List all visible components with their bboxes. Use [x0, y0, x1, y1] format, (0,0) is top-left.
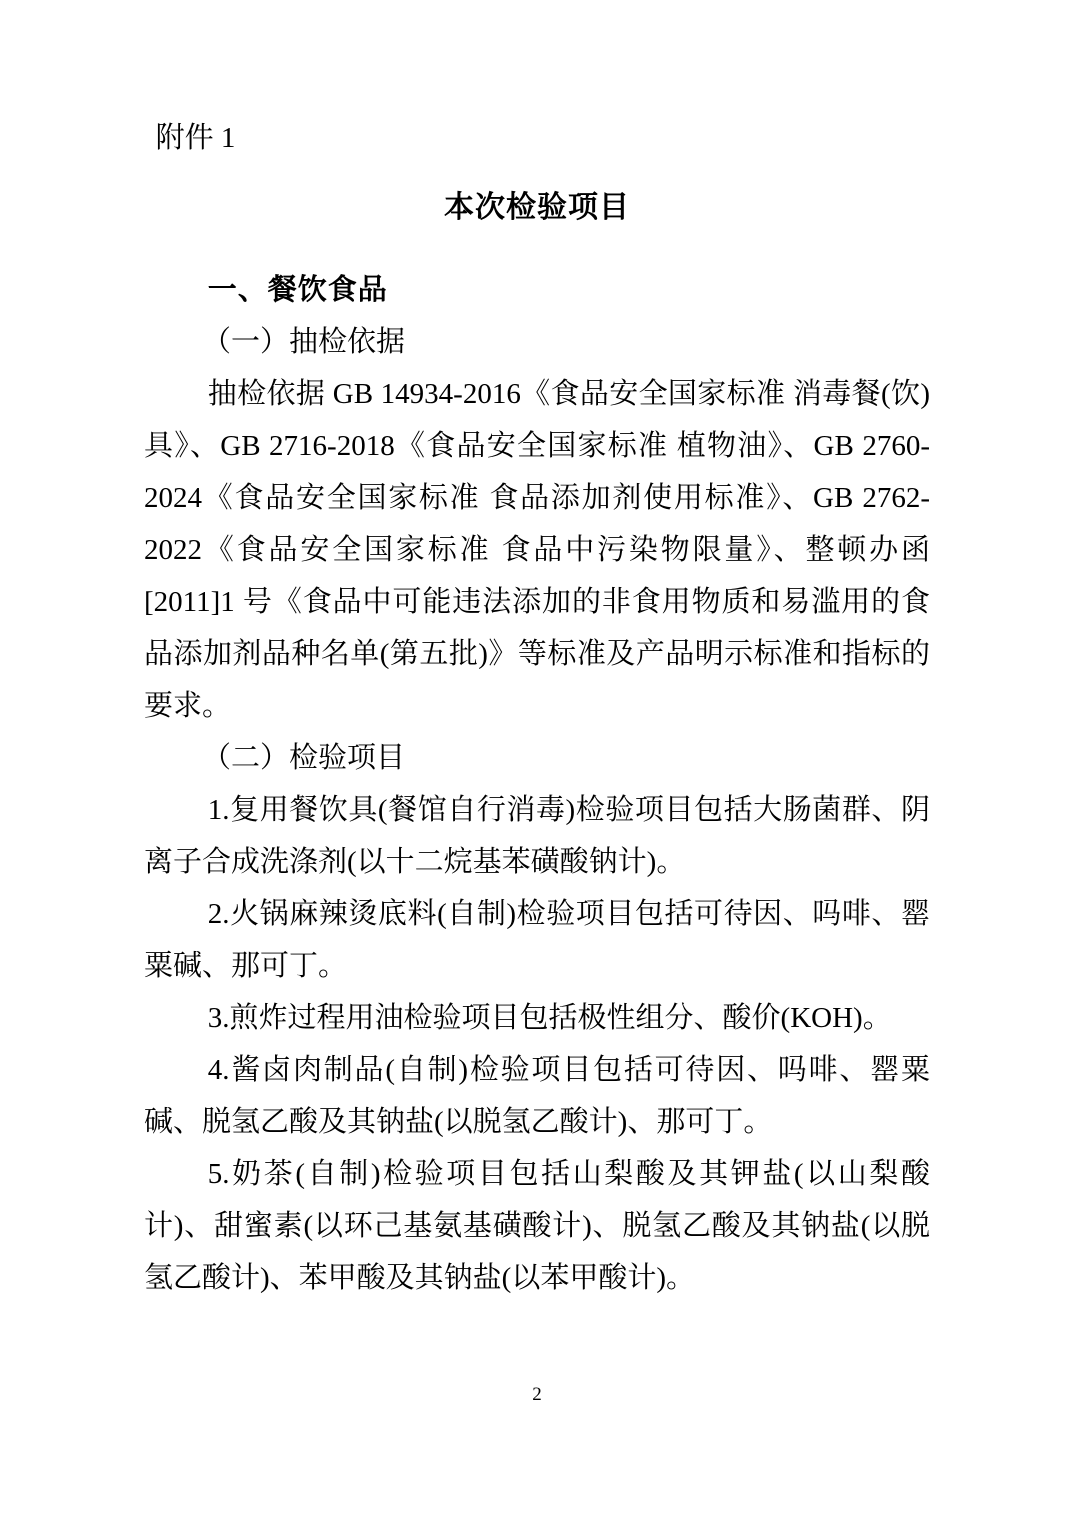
paragraph-item-5: 5.奶茶(自制)检验项目包括山梨酸及其钾盐(以山梨酸计)、甜蜜素(以环己基氨基磺… [144, 1148, 930, 1304]
paragraph-item-2: 2.火锅麻辣烫底料(自制)检验项目包括可待因、吗啡、罂粟碱、那可丁。 [144, 888, 930, 992]
paragraph-item-4: 4.酱卤肉制品(自制)检验项目包括可待因、吗啡、罂粟碱、脱氢乙酸及其钠盐(以脱氢… [144, 1044, 930, 1148]
subsection-heading-sampling-basis: （一）抽检依据 [144, 316, 930, 368]
document-title: 本次检验项目 [144, 182, 930, 234]
attachment-label: 附件 1 [144, 112, 930, 164]
paragraph-item-3: 3.煎炸过程用油检验项目包括极性组分、酸价(KOH)。 [144, 992, 930, 1044]
document-page: 附件 1 本次检验项目 一、餐饮食品 （一）抽检依据 抽检依据 GB 14934… [0, 0, 1074, 1520]
subsection-heading-inspection-items: （二）检验项目 [144, 732, 930, 784]
paragraph-sampling-basis: 抽检依据 GB 14934-2016《食品安全国家标准 消毒餐(饮)具》、GB … [144, 368, 930, 732]
paragraph-item-1: 1.复用餐饮具(餐馆自行消毒)检验项目包括大肠菌群、阴离子合成洗涤剂(以十二烷基… [144, 784, 930, 888]
page-number: 2 [0, 1383, 1074, 1407]
section-heading-catering-food: 一、餐饮食品 [144, 264, 930, 316]
